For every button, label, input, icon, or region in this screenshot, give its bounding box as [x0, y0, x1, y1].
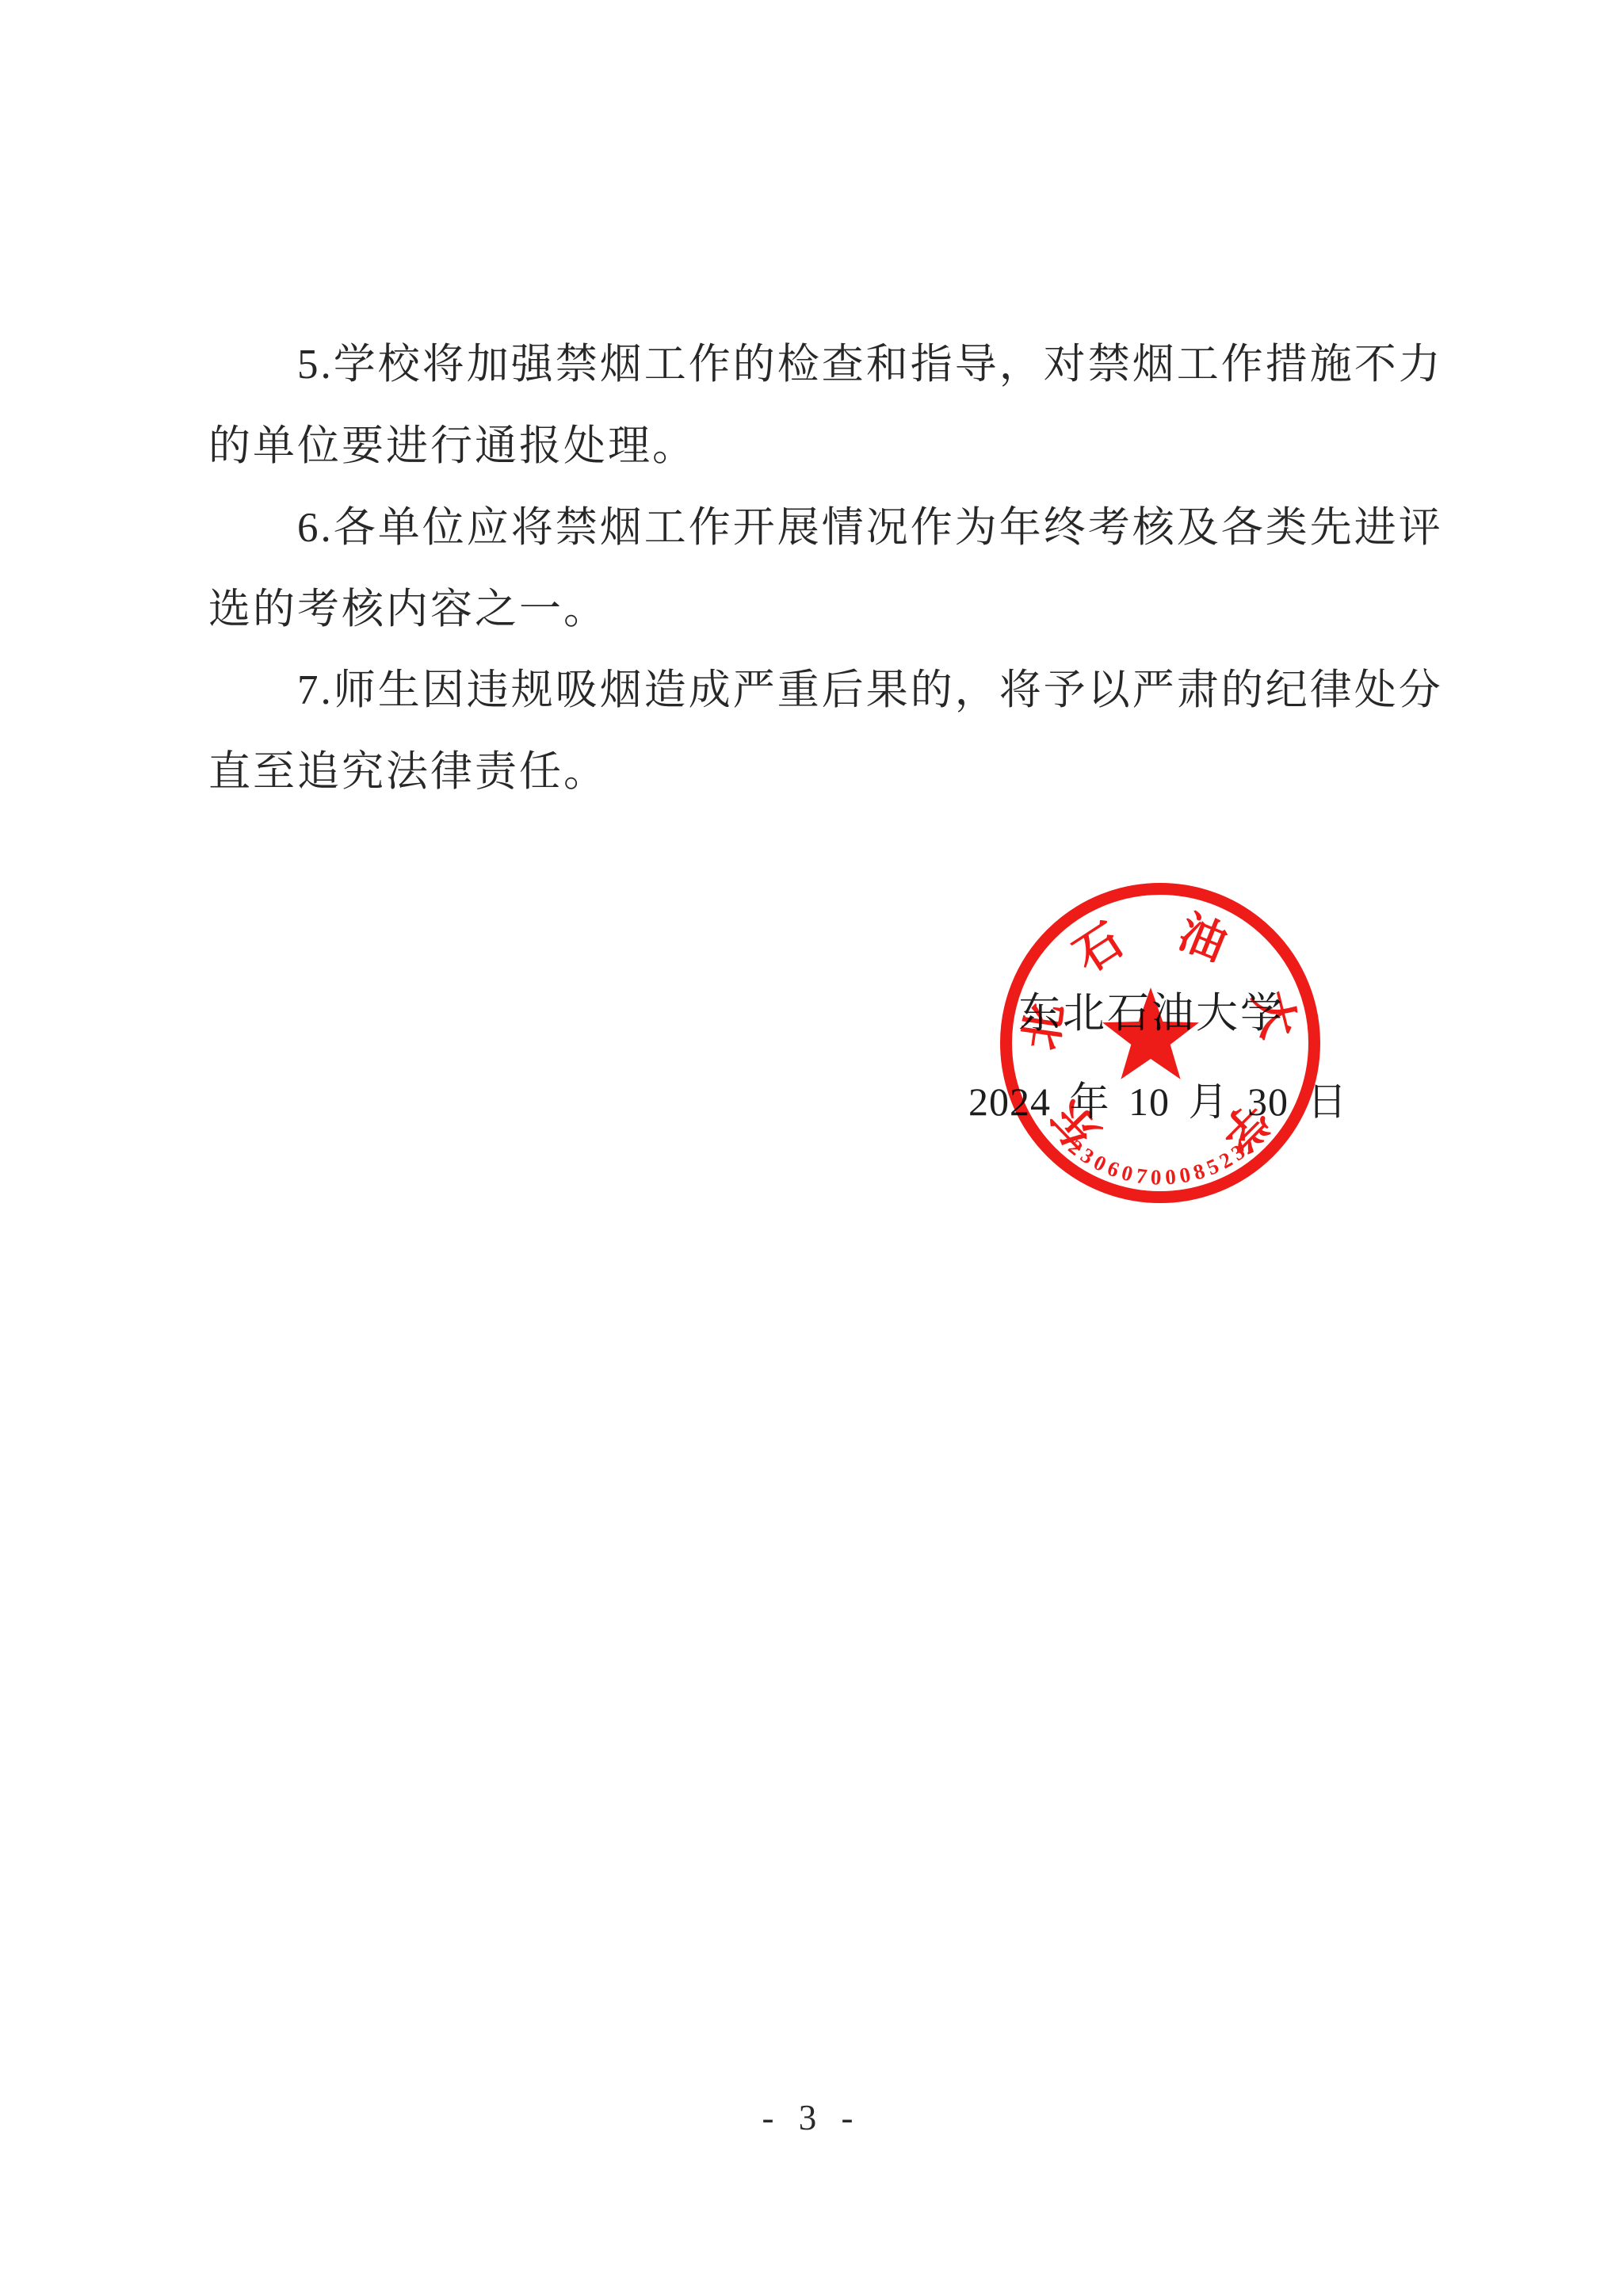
paragraph-7-line-2: 直至追究法律责任。 [208, 748, 608, 796]
paragraph-6-line-2: 选的考核内容之一。 [208, 586, 608, 633]
official-seal: 东 北 石 油 大 学 2306070008523 [1000, 883, 1320, 1203]
signature-org-name: 东北石油大学 [1018, 991, 1285, 1037]
seal-arc-char: 石 [1067, 917, 1131, 980]
star-icon [1000, 883, 1320, 1203]
paragraph-6-line-1: 6.各单位应将禁烟工作开展情况作为年终考核及各类先进评 [297, 504, 1443, 552]
page-number: - 3 - [0, 2097, 1623, 2138]
paragraph-5-line-2: 的单位要进行通报处理。 [208, 422, 697, 470]
signature-date: 2024 年 10 月 30 日 [968, 1080, 1348, 1124]
seal-ring-icon [1000, 883, 1320, 1203]
paragraph-5-line-1: 5.学校将加强禁烟工作的检查和指导，对禁烟工作措施不力 [297, 341, 1443, 388]
paragraph-7-line-1: 7.师生因违规吸烟造成严重后果的，将予以严肃的纪律处分 [297, 667, 1443, 714]
seal-arc-char: 油 [1172, 909, 1232, 969]
document-page: 5.学校将加强禁烟工作的检查和指导，对禁烟工作措施不力 的单位要进行通报处理。 … [0, 0, 1623, 2296]
